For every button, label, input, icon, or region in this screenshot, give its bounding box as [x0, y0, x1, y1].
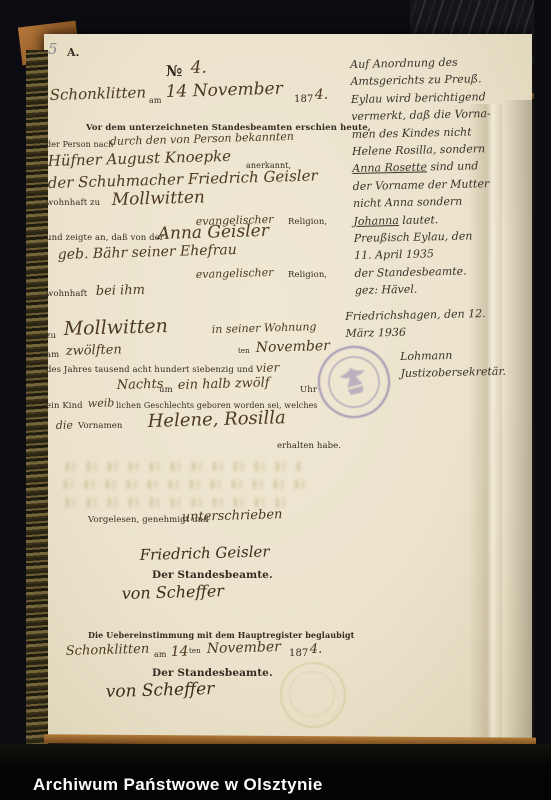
residence2-printed: wohnhaft: [46, 289, 87, 299]
child-sex-written: weib: [88, 396, 115, 410]
registrar-title: Der Standesbeamte.: [152, 569, 273, 581]
mother-printed: und zeigte an, daß von der: [46, 233, 164, 243]
year-printed: 187: [294, 94, 313, 105]
received-printed: erhalten habe.: [277, 441, 341, 451]
note-line: Justizobersekretär.: [400, 363, 530, 383]
religion2-printed: Religion,: [288, 270, 327, 280]
time-written2: ein halb zwölf: [178, 375, 270, 393]
residence2-written: bei ihm: [96, 283, 146, 299]
religion2-written: evangelischer: [196, 266, 274, 281]
year-line-printed: des Jahres tausend acht hundert siebenzi…: [46, 365, 253, 375]
religion1-printed: Religion,: [288, 217, 327, 227]
child-given-names: Helene, Rosilla: [147, 407, 286, 432]
note-line: vermerkt, daß die Vorna-: [351, 105, 513, 126]
residence-place: Mollwitten: [111, 187, 205, 210]
year-line-written: vier: [256, 360, 280, 375]
certification-ten: ten: [189, 647, 201, 655]
time-um: um: [159, 385, 173, 395]
certification-am: am: [154, 650, 167, 659]
registrar-title-2: Der Standesbeamte.: [152, 667, 273, 679]
time-written1: Nachts: [117, 377, 164, 393]
margin-note-correction-1935: Auf Anordnung desAmtsgerichts zu Preuß.E…: [350, 53, 517, 300]
signature-father: Friedrich Geisler: [139, 542, 269, 564]
record-number-value: 4.: [190, 58, 207, 78]
birthplace-printed: zu: [46, 331, 56, 341]
archive-name-label: Archiwum Państwowe w Olsztynie: [33, 775, 323, 795]
margin-note-entry-1936-date: Friedrichshagen, den 12.März 1936: [345, 305, 508, 343]
certification-place: Schonklitten: [66, 642, 150, 659]
certification-year-written: 4.: [310, 642, 323, 657]
bleedthrough-line: [58, 480, 310, 489]
birthday-am: am: [46, 350, 59, 360]
bleedthrough-line: [60, 498, 290, 507]
section-letter: A.: [67, 46, 80, 59]
pencil-page-number: 5: [48, 40, 58, 58]
signature-registrar: von Scheffer: [121, 581, 224, 603]
faded-ink-stamp: [280, 662, 346, 728]
page-block-marbled-edge: [26, 50, 48, 744]
birthday-written: zwölften: [66, 342, 122, 359]
note-line: März 1936: [345, 322, 507, 343]
am-label: am: [149, 96, 162, 105]
person-printed: der Person nach: [46, 140, 113, 149]
signature-registrar-2: von Scheffer: [105, 679, 214, 702]
closing-written: unterschrieben: [182, 507, 283, 525]
book-spine-dark-edge: [534, 0, 551, 760]
certification-month: November: [207, 639, 282, 657]
certification-year-printed: 187: [289, 648, 308, 659]
names-printed: Vornamen: [78, 421, 122, 431]
note-line: gez: Hävel.: [355, 279, 517, 300]
names-die-written: die: [56, 419, 73, 432]
birthday-ten: ten: [238, 347, 250, 355]
mother-name: Anna Geisler: [157, 221, 269, 244]
birthplace-written: Mollwitten: [63, 315, 168, 340]
record-number-sign: №: [166, 62, 182, 80]
record-date: 14 November: [165, 79, 283, 102]
bleedthrough-line: [60, 462, 300, 471]
residence-printed: wohnhaft zu: [46, 198, 100, 208]
certification-day: 14: [171, 644, 189, 660]
child-printed1: ein Kind: [46, 401, 83, 411]
year-written: 4.: [315, 87, 329, 103]
archival-scan-viewport: 5 A. № 4. Schonklitten am 14 November 18…: [0, 0, 551, 800]
record-place: Schonklitten: [49, 83, 146, 104]
certification-printed: Die Uebereinstimmung mit dem Hauptregist…: [88, 630, 354, 640]
margin-note-entry-1936-signature: LohmannJustizobersekretär.: [400, 345, 531, 383]
